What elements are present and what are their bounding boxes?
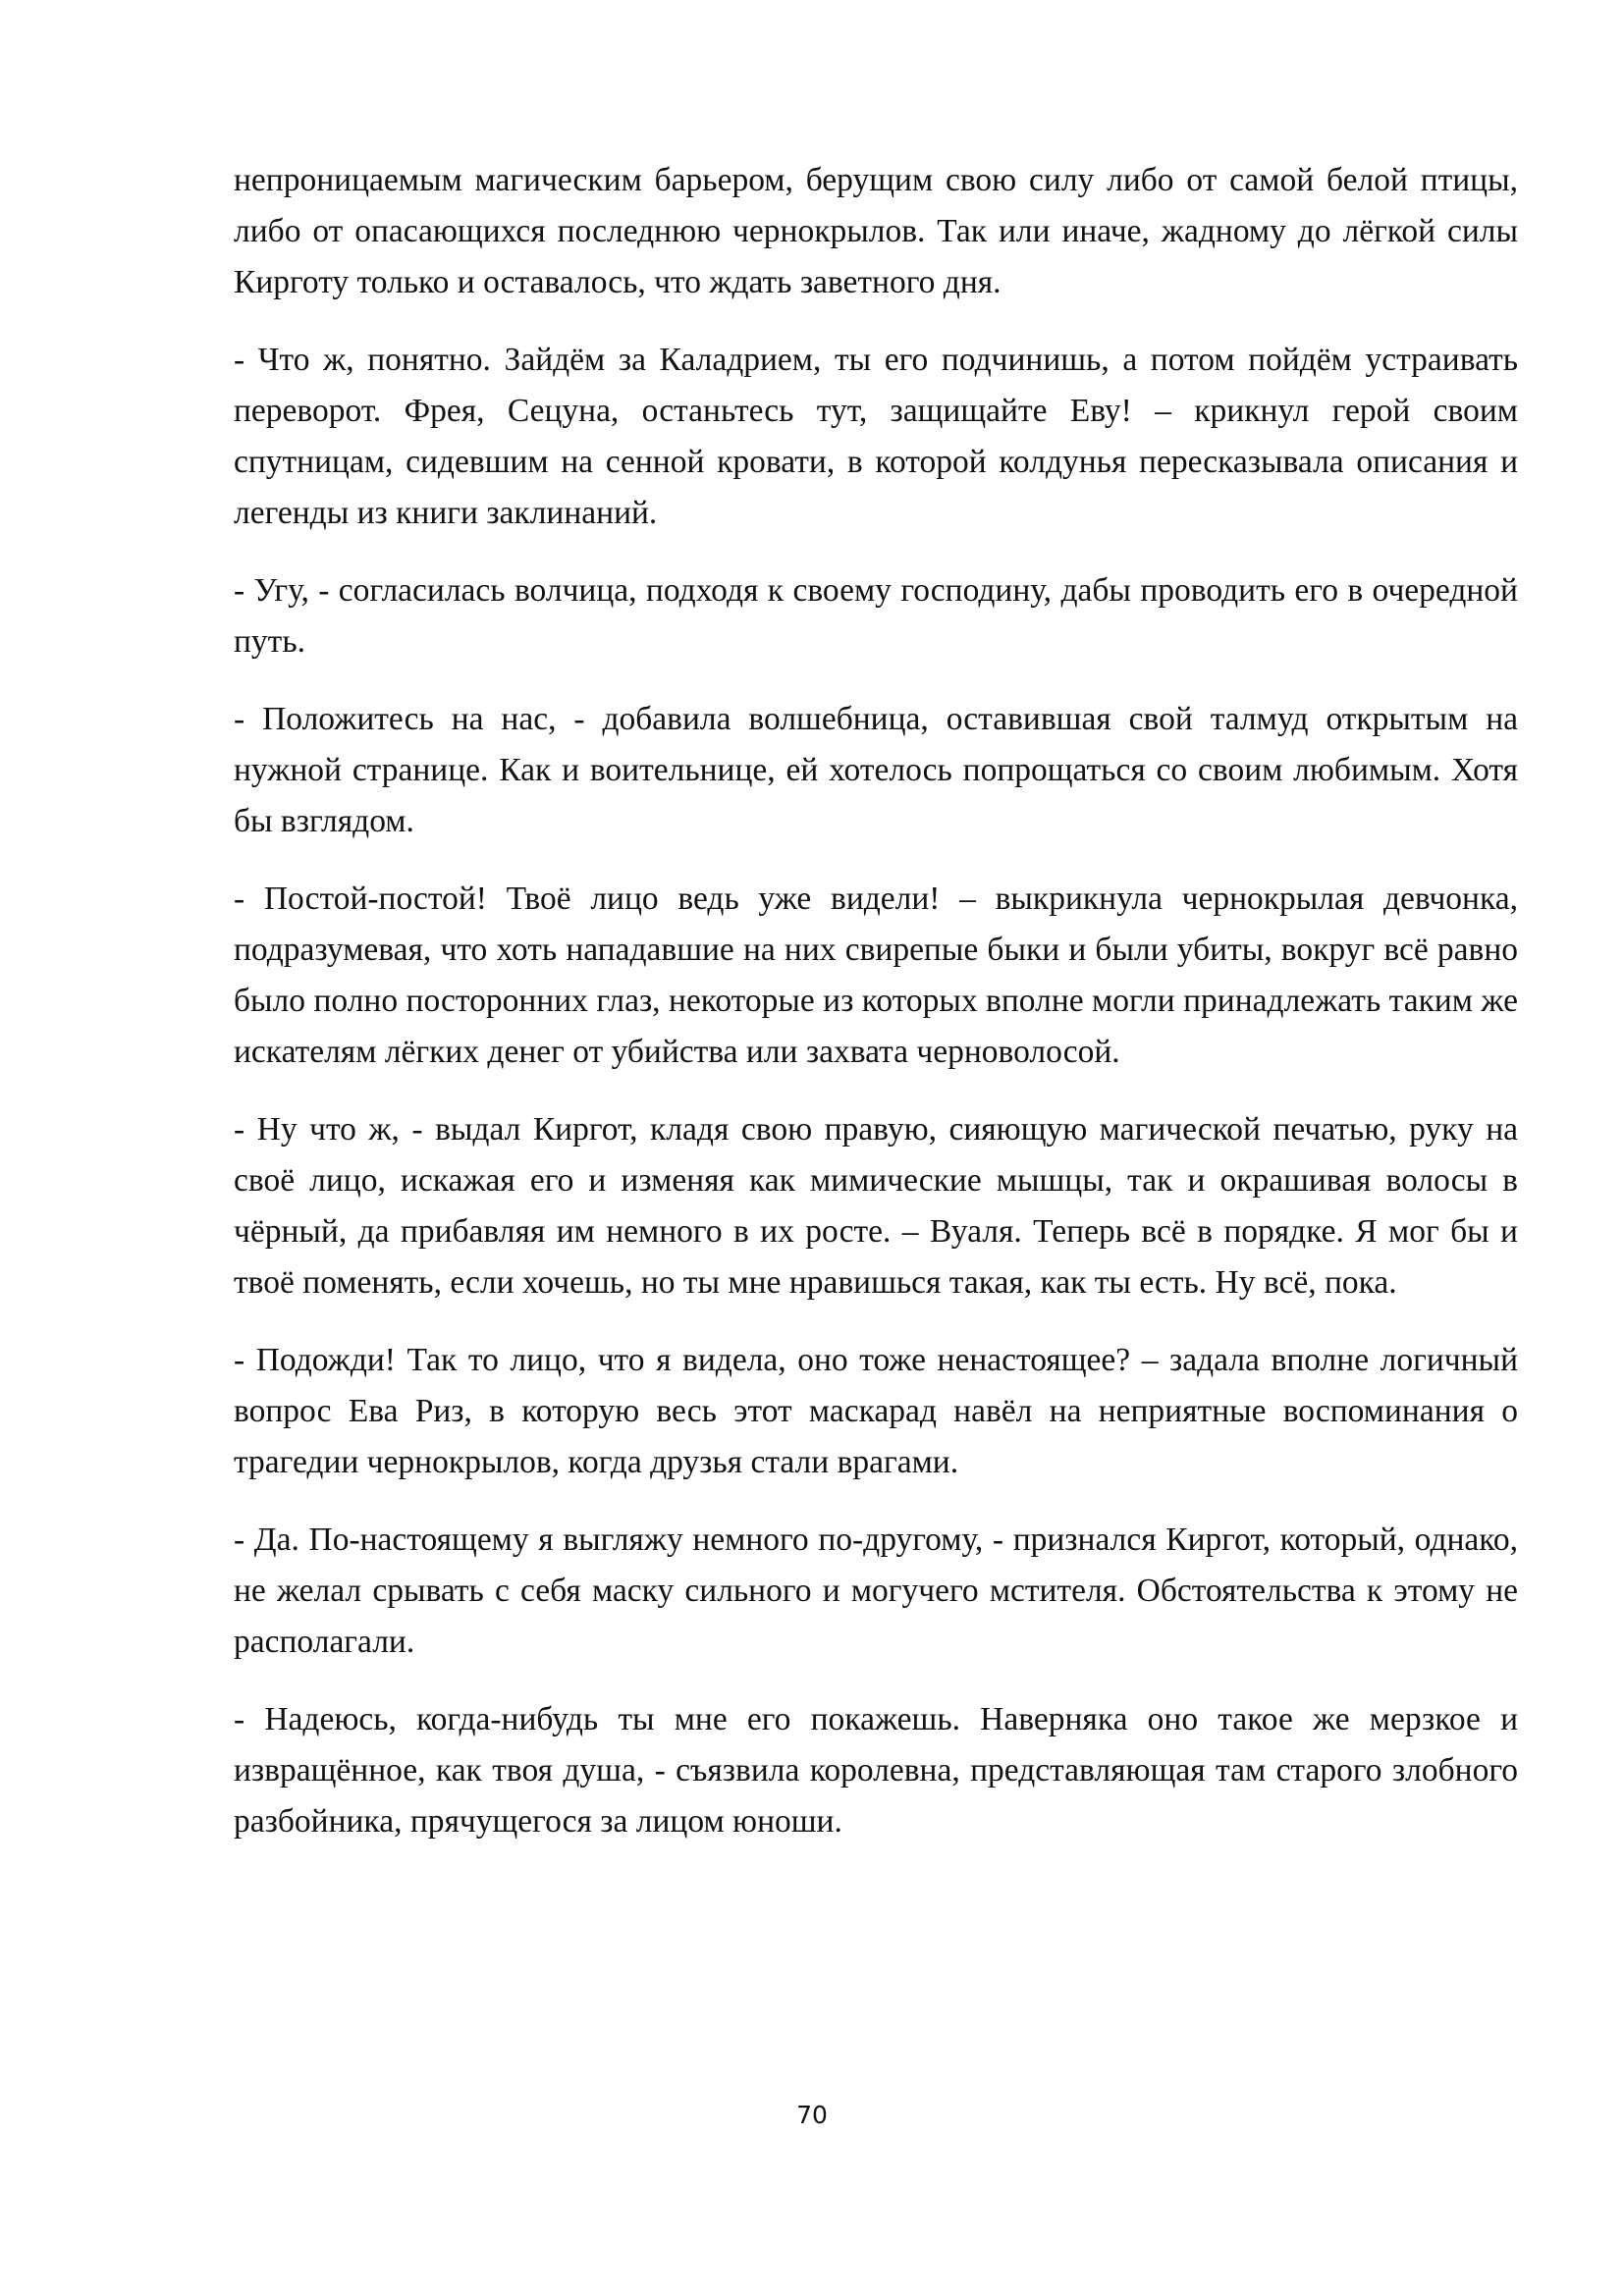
document-page-body: непроницаемым магическим барьером, берущ…: [234, 155, 1518, 1874]
paragraph: - Угу, - согласилась волчица, подходя к …: [234, 565, 1518, 667]
paragraph: - Положитесь на нас, - добавила волшебни…: [234, 694, 1518, 847]
paragraph: - Подожди! Так то лицо, что я видела, он…: [234, 1335, 1518, 1488]
paragraph: - Постой-постой! Твоё лицо ведь уже виде…: [234, 874, 1518, 1078]
paragraph: непроницаемым магическим барьером, берущ…: [234, 155, 1518, 308]
paragraph: - Надеюсь, когда-нибудь ты мне его покаж…: [234, 1694, 1518, 1847]
paragraph: - Что ж, понятно. Зайдём за Каладрием, т…: [234, 335, 1518, 539]
paragraph: - Ну что ж, - выдал Киргот, кладя свою п…: [234, 1104, 1518, 1308]
page-number: 70: [0, 2101, 1624, 2129]
paragraph: - Да. По-настоящему я выгляжу немного по…: [234, 1515, 1518, 1668]
